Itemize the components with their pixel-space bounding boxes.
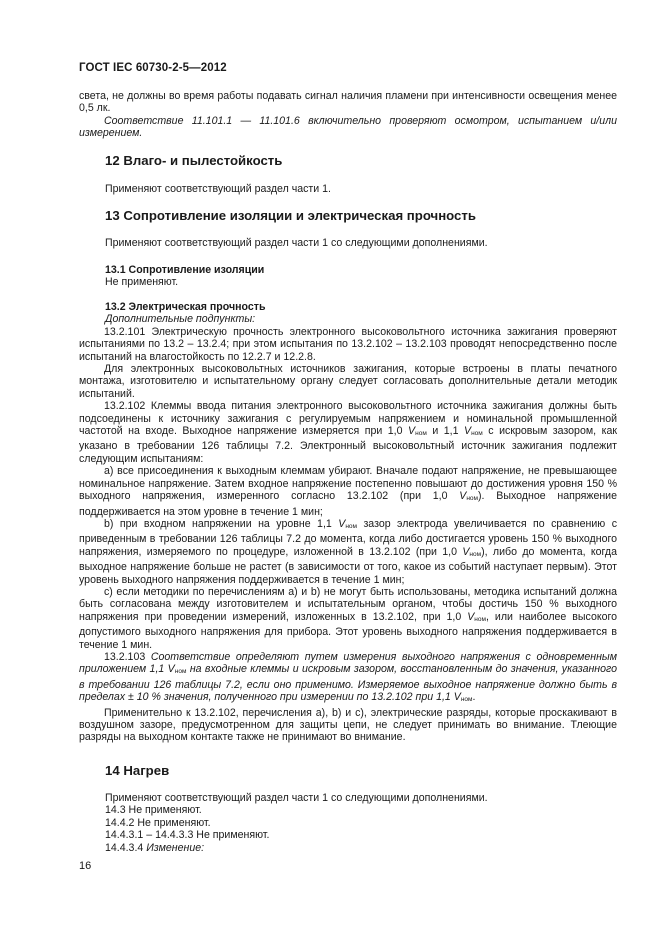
section-12-text: Применяют соответствующий раздел части 1…: [79, 183, 617, 195]
section-13-text: Применяют соответствующий раздел части 1…: [79, 237, 617, 249]
para-13-2-102: 13.2.102 Клеммы ввода питания электронно…: [79, 400, 617, 465]
section-13-2-title: 13.2 Электрическая прочность: [79, 301, 617, 313]
list-item-c: c) если методики по перечислениям a) и b…: [79, 586, 617, 651]
section-13-2-subtitle: Дополнительные подпункты:: [79, 313, 617, 325]
page-number: 16: [79, 860, 91, 872]
section-13-1-title: 13.1 Сопротивление изоляции: [79, 264, 617, 276]
intro-compliance: Соответствие 11.101.1 — 11.101.6 включит…: [79, 115, 617, 140]
para-13-2-101: 13.2.101 Электрическую прочность электро…: [79, 326, 617, 363]
section-14-item: 14.4.2 Не применяют.: [79, 817, 617, 829]
section-14-item: 14.3 Не применяют.: [79, 804, 617, 816]
intro-continuation: света, не должны во время работы подават…: [79, 90, 617, 115]
list-item-b: b) при входном напряжении на уровне 1,1 …: [79, 518, 617, 586]
list-item-a: a) все присоединения к выходным клеммам …: [79, 465, 617, 518]
para-13-2-closing: Применительно к 13.2.102, перечисления a…: [79, 707, 617, 744]
section-14-text: Применяют соответствующий раздел части 1…: [79, 792, 617, 804]
section-14-item: 14.4.3.1 – 14.4.3.3 Не применяют.: [79, 829, 617, 841]
section-13-1-text: Не применяют.: [79, 276, 617, 288]
document-header: ГОСТ IEC 60730-2-5—2012: [79, 62, 227, 74]
section-13-title: 13 Сопротивление изоляции и электрическа…: [79, 208, 617, 223]
section-14-title: 14 Нагрев: [79, 763, 617, 778]
section-12-title: 12 Влаго- и пылестойкость: [79, 153, 617, 168]
para-13-2-101-note: Для электронных высоковольтных источнико…: [79, 363, 617, 400]
para-13-2-103: 13.2.103 Соответствие определяют путем и…: [79, 651, 617, 707]
section-14-item-last: 14.4.3.4 Изменение:: [79, 842, 617, 854]
